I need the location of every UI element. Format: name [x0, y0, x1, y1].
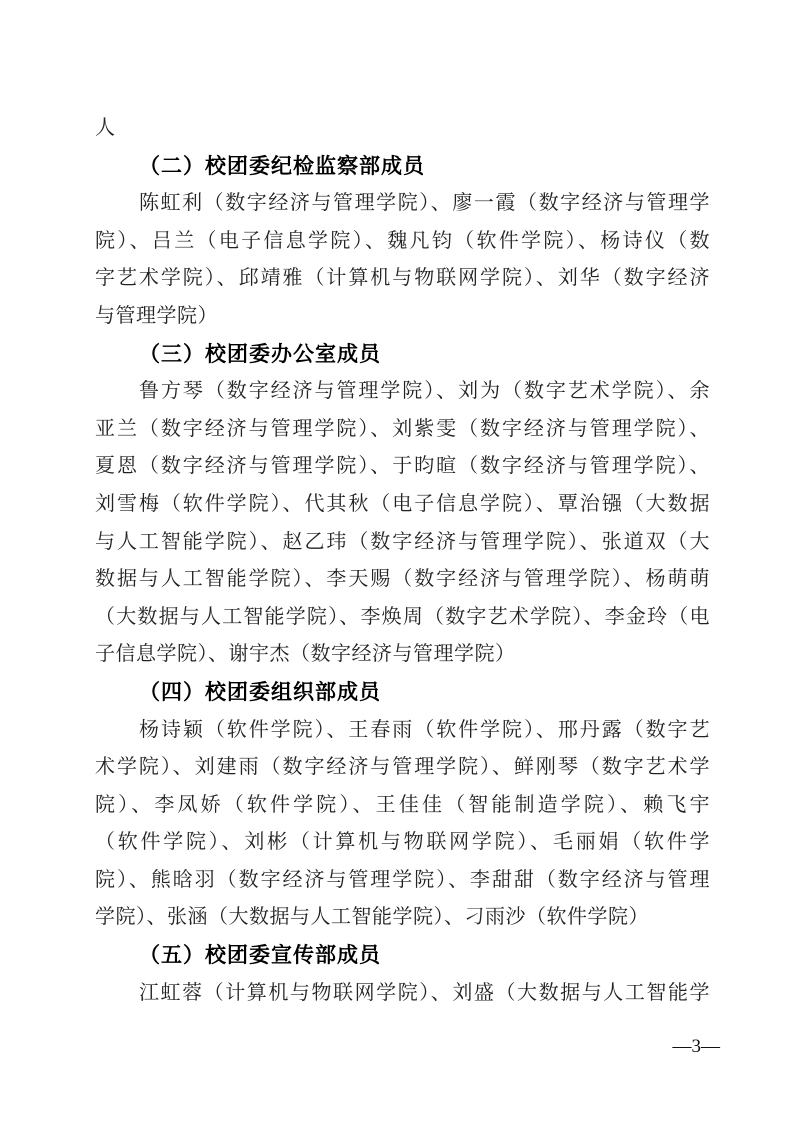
document-page: 人 （二）校团委纪检监察部成员 陈虹利（数字经济与管理学院）、廖一霞（数字经济与… — [0, 0, 794, 1122]
paragraph-line: 与管理学院） — [95, 298, 710, 336]
section-heading-3: （三）校团委办公室成员 — [95, 336, 710, 374]
paragraph-line: 亚兰（数字经济与管理学院）、刘紫雯（数字经济与管理学院）、 — [95, 411, 710, 449]
paragraph-line: 鲁方琴（数字经济与管理学院）、刘为（数字艺术学院）、余 — [95, 373, 710, 411]
paragraph-line: 院）、李凤娇（软件学院）、王佳佳（智能制造学院）、赖飞宇 — [95, 787, 710, 825]
section-heading-5: （五）校团委宣传部成员 — [95, 937, 710, 975]
paragraph-line: 陈虹利（数字经济与管理学院）、廖一霞（数字经济与管理学 — [95, 185, 710, 223]
paragraph-line: （大数据与人工智能学院）、李焕周（数字艺术学院）、李金玲（电 — [95, 599, 710, 637]
paragraph-line: 与人工智能学院）、赵乙玮（数字经济与管理学院）、张道双（大 — [95, 524, 710, 562]
paragraph-line: 江虹蓉（计算机与物联网学院）、刘盛（大数据与人工智能学 — [95, 975, 710, 1013]
paragraph-line: 院）、吕兰（电子信息学院）、魏凡钧（软件学院）、杨诗仪（数 — [95, 223, 710, 261]
page-number: —3— — [673, 1036, 721, 1058]
paragraph-line: 子信息学院）、谢宇杰（数字经济与管理学院） — [95, 636, 710, 674]
paragraph-line: 学院）、张涵（大数据与人工智能学院）、刁雨沙（软件学院） — [95, 899, 710, 937]
continuation-line: 人 — [95, 110, 710, 148]
section-heading-4: （四）校团委组织部成员 — [95, 674, 710, 712]
paragraph-line: 夏恩（数字经济与管理学院）、于昀暄（数字经济与管理学院）、 — [95, 448, 710, 486]
paragraph-line: 刘雪梅（软件学院）、代其秋（电子信息学院）、覃治镪（大数据 — [95, 486, 710, 524]
section-heading-2: （二）校团委纪检监察部成员 — [95, 148, 710, 186]
paragraph-line: 数据与人工智能学院）、李天赐（数字经济与管理学院）、杨萌萌 — [95, 561, 710, 599]
document-body: 人 （二）校团委纪检监察部成员 陈虹利（数字经济与管理学院）、廖一霞（数字经济与… — [95, 110, 710, 1012]
paragraph-line: （软件学院）、刘彬（计算机与物联网学院）、毛丽娟（软件学 — [95, 824, 710, 862]
paragraph-line: 字艺术学院）、邱靖雅（计算机与物联网学院）、刘华（数字经济 — [95, 260, 710, 298]
paragraph-line: 院）、熊晗羽（数字经济与管理学院）、李甜甜（数字经济与管理 — [95, 862, 710, 900]
paragraph-line: 杨诗颖（软件学院）、王春雨（软件学院）、邢丹露（数字艺 — [95, 712, 710, 750]
paragraph-line: 术学院）、刘建雨（数字经济与管理学院）、鲜刚琴（数字艺术学 — [95, 749, 710, 787]
